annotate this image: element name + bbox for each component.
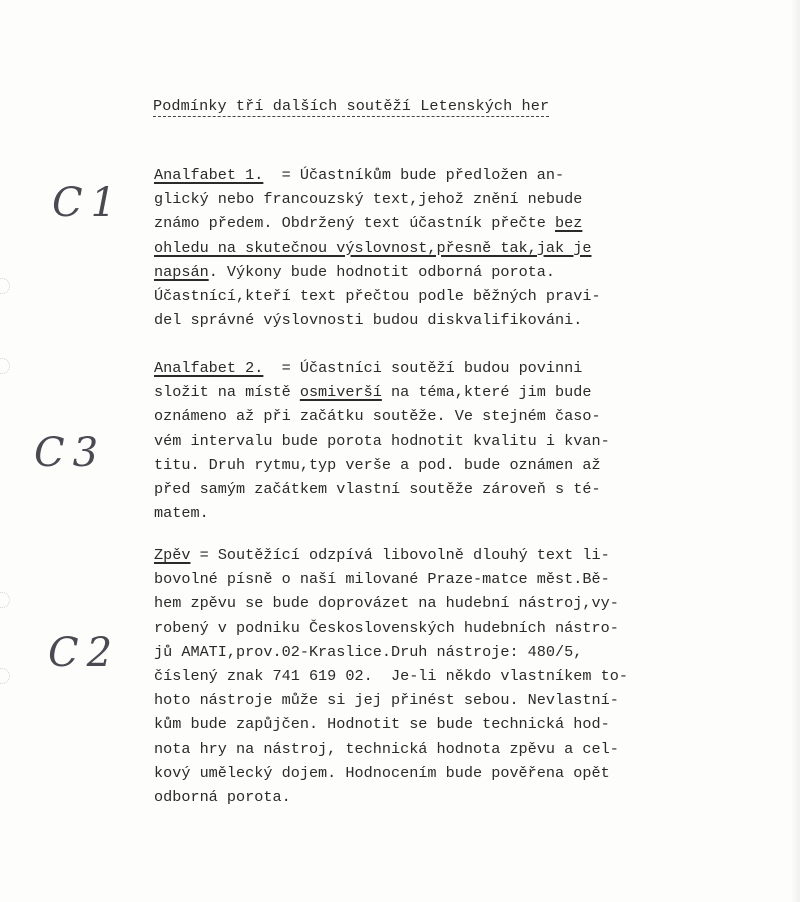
underlined-text: osmiverší xyxy=(300,383,382,401)
text-line: odborná porota. xyxy=(154,788,291,806)
underlined-text: napsán xyxy=(154,263,209,281)
text-line: = Účastníci soutěží budou povinni xyxy=(282,359,583,377)
margin-note: C3 xyxy=(34,430,106,476)
text-line: robený v podniku Československých hudebn… xyxy=(154,619,619,637)
scanned-page: Podmínky tří dalších soutěží Letenských … xyxy=(0,0,800,902)
text-line: vém intervalu bude porota hodnotit kvali… xyxy=(154,432,610,450)
section-heading: Zpěv xyxy=(154,546,190,564)
text-line: matem. xyxy=(154,504,209,522)
section-heading: Analfabet 1. xyxy=(154,166,263,184)
margin-note: C1 xyxy=(52,180,124,226)
punch-hole-mark xyxy=(0,592,10,608)
text-line: číslený znak 741 619 02. Je-li někdo vla… xyxy=(154,667,628,685)
section-analfabet-2: Analfabet 2. = Účastníci soutěží budou p… xyxy=(154,356,610,525)
text-line: del správné výslovnosti budou diskvalifi… xyxy=(154,311,582,329)
text-line: složit na místě xyxy=(154,383,300,401)
text-line: oznámeno až při začátku soutěže. Ve stej… xyxy=(154,407,601,425)
text-line: . Výkony bude hodnotit odborná porota. xyxy=(209,263,555,281)
text-line: kový umělecký dojem. Hodnocením bude pov… xyxy=(154,764,610,782)
text-line: Účastnící,kteří text přečtou podle běžný… xyxy=(154,287,601,305)
document-title: Podmínky tří dalších soutěží Letenských … xyxy=(153,97,549,115)
text-line: nota hry na nástroj, technická hodnota z… xyxy=(154,740,619,758)
text-line: bovolné písně o naší milované Praze-matc… xyxy=(154,570,610,588)
section-heading: Analfabet 2. xyxy=(154,359,263,377)
punch-hole-mark xyxy=(0,668,10,684)
section-zpev: Zpěv = Soutěžící odzpívá libovolně dlouh… xyxy=(154,543,628,809)
text-line: titu. Druh rytmu,typ verše a pod. bude o… xyxy=(154,456,601,474)
title-text: Podmínky tří dalších soutěží Letenských … xyxy=(153,97,549,117)
underlined-text: bez xyxy=(555,214,582,232)
punch-hole-mark xyxy=(0,278,10,294)
margin-note: C2 xyxy=(48,630,120,676)
text-line: hem zpěvu se bude doprovázet na hudební … xyxy=(154,594,619,612)
text-line: = Účastníkům bude předložen an- xyxy=(282,166,565,184)
text-line: glický nebo francouzský text,jehož znění… xyxy=(154,190,582,208)
text-line: na téma,které jim bude xyxy=(382,383,592,401)
underlined-text: ohledu na skutečnou výslovnost,přesně ta… xyxy=(154,239,591,257)
punch-hole-mark xyxy=(0,358,10,374)
text-line: známo předem. Obdržený text účastník pře… xyxy=(154,214,555,232)
page-edge xyxy=(792,0,800,902)
text-line: hoto nástroje může si jej přinést sebou.… xyxy=(154,691,619,709)
text-line: kům bude zapůjčen. Hodnotit se bude tech… xyxy=(154,715,610,733)
text-line: před samým začátkem vlastní soutěže záro… xyxy=(154,480,601,498)
text-line: = Soutěžící odzpívá libovolně dlouhý tex… xyxy=(200,546,610,564)
text-line: jů AMATI,prov.02-Kraslice.Druh nástroje:… xyxy=(154,643,582,661)
section-analfabet-1: Analfabet 1. = Účastníkům bude předložen… xyxy=(154,163,601,332)
